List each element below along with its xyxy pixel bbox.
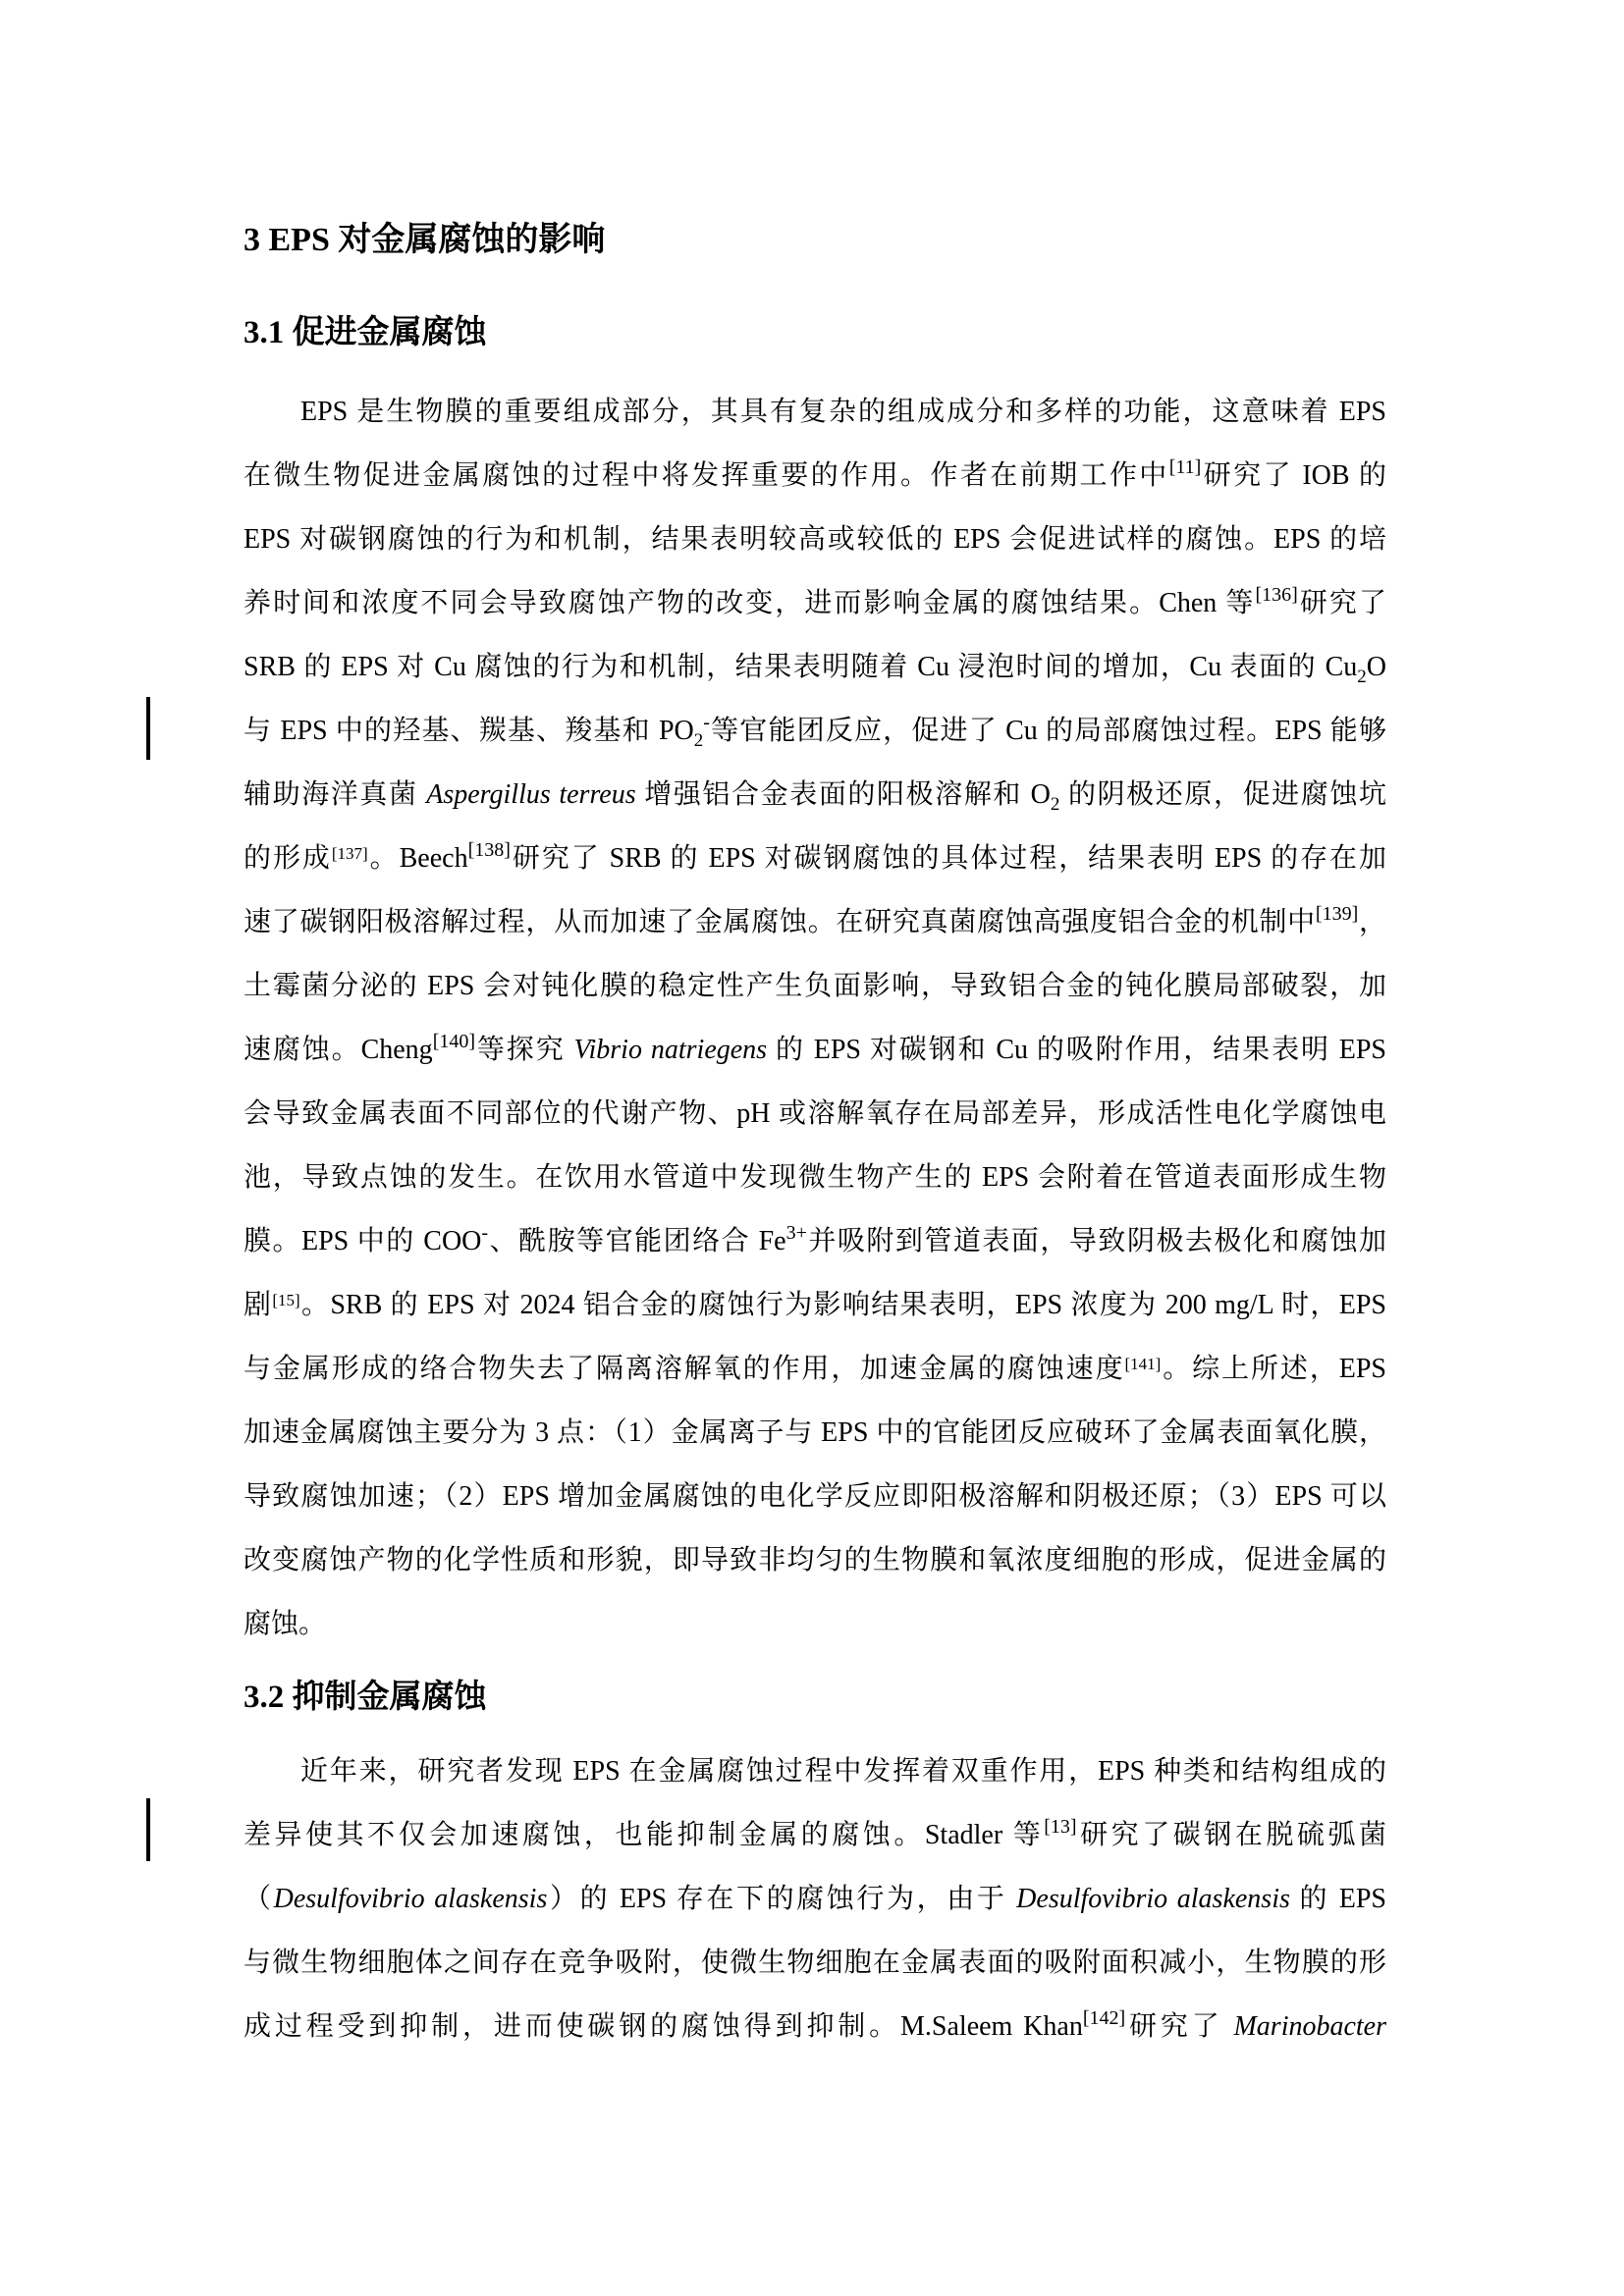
text-segment: 土霉菌分泌的 EPS 会对钝化膜的稳定性产生负面影响，导致铝合金的钝化膜局部破裂… <box>244 971 1386 1001</box>
citation-ref: [138] <box>468 839 511 861</box>
citation-ref: [140] <box>433 1031 475 1052</box>
citation-ref: [13] <box>1044 1816 1076 1838</box>
text-segment: 速腐蚀。Cheng <box>244 1035 433 1065</box>
text-line: EPS 对碳钢腐蚀的行为和机制，结果表明较高或较低的 EPS 会促进试样的腐蚀。… <box>244 507 1386 571</box>
page-content: 3 EPS 对金属腐蚀的影响 3.1 促进金属腐蚀EPS 是生物膜的重要组成部分… <box>244 0 1386 2296</box>
text-segment: 与微生物细胞体之间存在竞争吸附，使微生物细胞在金属表面的吸附面积减小，生物膜的形 <box>244 1948 1386 1978</box>
text-line: 改变腐蚀产物的化学性质和形貌，即导致非均匀的生物膜和氧浓度细胞的形成，促进金属的 <box>244 1528 1386 1592</box>
text-segment: 成过程受到抑制，进而使碳钢的腐蚀得到抑制。M.Saleem Khan <box>244 2011 1083 2042</box>
text-segment: 的 EPS <box>1290 1884 1386 1914</box>
revision-bar <box>146 697 150 760</box>
chemical-subscript: 2 <box>1051 794 1060 815</box>
citation-ref: [142] <box>1083 2007 1125 2029</box>
text-segment: 速了碳钢阳极溶解过程，从而加速了金属腐蚀。在研究真菌腐蚀高强度铝合金的机制中 <box>244 907 1316 937</box>
text-segment: 差异使其不仅会加速腐蚀，也能抑制金属的腐蚀。Stadler 等 <box>244 1820 1044 1850</box>
text-line: 池，导致点蚀的发生。在饮用水管道中发现微生物产生的 EPS 会附着在管道表面形成… <box>244 1146 1386 1209</box>
paragraph: EPS 是生物膜的重要组成部分，其具有复杂的组成成分和多样的功能，这意味着 EP… <box>244 380 1386 1656</box>
citation-ref: [137] <box>332 844 368 863</box>
citation-ref: [15] <box>272 1291 299 1309</box>
species-name: Vibrio natriegens <box>573 1035 767 1065</box>
text-segment: 等探究 <box>475 1035 573 1065</box>
text-segment: 。Beech <box>368 843 468 874</box>
text-segment: 加速金属腐蚀主要分为 3 点：（1）金属离子与 EPS 中的官能团反应破环了金属… <box>244 1417 1386 1448</box>
text-segment: 近年来，研究者发现 EPS 在金属腐蚀过程中发挥着双重作用，EPS 种类和结构组… <box>300 1756 1386 1787</box>
citation-ref: [136] <box>1255 584 1297 606</box>
species-name: Marinobacter <box>1233 2011 1386 2042</box>
citation-ref: [139] <box>1316 903 1358 925</box>
section-heading: 3.1 促进金属腐蚀 <box>244 314 1386 353</box>
species-name: Aspergillus terreus <box>426 779 635 810</box>
text-segment: 等官能团反应，促进了 Cu 的局部腐蚀过程。EPS 能够 <box>710 716 1386 746</box>
text-segment: 改变腐蚀产物的化学性质和形貌，即导致非均匀的生物膜和氧浓度细胞的形成，促进金属的 <box>244 1545 1386 1575</box>
text-line: 导致腐蚀加速；（2）EPS 增加金属腐蚀的电化学反应即阳极溶解和阴极还原；（3）… <box>244 1465 1386 1528</box>
text-segment: ， <box>1358 907 1386 937</box>
citation-ref: 3+ <box>786 1222 807 1244</box>
citation-ref: - <box>481 1222 488 1244</box>
text-line: 土霉菌分泌的 EPS 会对钝化膜的稳定性产生负面影响，导致铝合金的钝化膜局部破裂… <box>244 954 1386 1018</box>
text-segment: 与 EPS 中的羟基、羰基、羧基和 PO <box>244 716 694 746</box>
text-line: 会导致金属表面不同部位的代谢产物、pH 或溶解氧存在局部差异，形成活性电化学腐蚀… <box>244 1082 1386 1146</box>
chemical-subscript: 2 <box>694 730 704 751</box>
text-segment: 研究了碳钢在脱硫弧菌 <box>1077 1820 1386 1850</box>
text-line: 速腐蚀。Cheng[140]等探究 Vibrio natriegens 的 EP… <box>244 1018 1386 1082</box>
text-line: 膜。EPS 中的 COO-、酰胺等官能团络合 Fe3+并吸附到管道表面，导致阴极… <box>244 1209 1386 1273</box>
text-line: 辅助海洋真菌 Aspergillus terreus 增强铝合金表面的阳极溶解和… <box>244 763 1386 827</box>
chapter-heading: 3 EPS 对金属腐蚀的影响 <box>244 221 1386 261</box>
citation-ref: - <box>703 712 710 733</box>
document-page: 3 EPS 对金属腐蚀的影响 3.1 促进金属腐蚀EPS 是生物膜的重要组成部分… <box>0 0 1624 2296</box>
text-line: 近年来，研究者发现 EPS 在金属腐蚀过程中发挥着双重作用，EPS 种类和结构组… <box>244 1739 1386 1803</box>
text-segment: 会导致金属表面不同部位的代谢产物、pH 或溶解氧存在局部差异，形成活性电化学腐蚀… <box>244 1098 1386 1129</box>
text-line: 在微生物促进金属腐蚀的过程中将发挥重要的作用。作者在前期工作中[11]研究了 I… <box>244 444 1386 507</box>
text-segment: EPS 是生物膜的重要组成部分，其具有复杂的组成成分和多样的功能，这意味着 EP… <box>300 397 1386 427</box>
text-line: 与微生物细胞体之间存在竞争吸附，使微生物细胞在金属表面的吸附面积减小，生物膜的形 <box>244 1931 1386 1995</box>
text-segment: 养时间和浓度不同会导致腐蚀产物的改变，进而影响金属的腐蚀结果。Chen 等 <box>244 588 1255 618</box>
text-line: 与 EPS 中的羟基、羰基、羧基和 PO2-等官能团反应，促进了 Cu 的局部腐… <box>244 699 1386 763</box>
text-segment: 增强铝合金表面的阳极溶解和 O <box>636 779 1051 810</box>
text-segment: 腐蚀。 <box>244 1609 326 1639</box>
text-line: 剧[15]。SRB 的 EPS 对 2024 铝合金的腐蚀行为影响结果表明，EP… <box>244 1273 1386 1337</box>
citation-ref: [11] <box>1169 456 1202 478</box>
text-segment: 研究了 <box>1125 2011 1233 2042</box>
text-line: 与金属形成的络合物失去了隔离溶解氧的作用，加速金属的腐蚀速度[141]。综上所述… <box>244 1337 1386 1401</box>
text-line: 差异使其不仅会加速腐蚀，也能抑制金属的腐蚀。Stadler 等[13]研究了碳钢… <box>244 1803 1386 1867</box>
text-segment: EPS 对碳钢腐蚀的行为和机制，结果表明较高或较低的 EPS 会促进试样的腐蚀。… <box>244 524 1386 555</box>
text-line: 的形成[137]。Beech[138]研究了 SRB 的 EPS 对碳钢腐蚀的具… <box>244 827 1386 890</box>
text-segment: 研究了 <box>1298 588 1386 618</box>
text-segment: 。SRB 的 EPS 对 2024 铝合金的腐蚀行为影响结果表明，EPS 浓度为… <box>300 1290 1386 1320</box>
text-segment: 研究了 SRB 的 EPS 对碳钢腐蚀的具体过程，结果表明 EPS 的存在加 <box>511 843 1386 874</box>
species-name: Desulfovibrio alaskensis <box>274 1884 548 1914</box>
text-segment: 在微生物促进金属腐蚀的过程中将发挥重要的作用。作者在前期工作中 <box>244 460 1169 491</box>
text-segment: 、酰胺等官能团络合 Fe <box>488 1226 786 1256</box>
text-segment: 剧 <box>244 1290 272 1320</box>
revision-bar <box>146 1798 150 1861</box>
text-line: 加速金属腐蚀主要分为 3 点：（1）金属离子与 EPS 中的官能团反应破环了金属… <box>244 1401 1386 1465</box>
text-line: SRB 的 EPS 对 Cu 腐蚀的行为和机制，结果表明随着 Cu 浸泡时间的增… <box>244 635 1386 699</box>
section-heading: 3.2 抑制金属腐蚀 <box>244 1679 1386 1718</box>
text-segment: 研究了 IOB 的 <box>1201 460 1386 491</box>
text-line: （Desulfovibrio alaskensis）的 EPS 存在下的腐蚀行为… <box>244 1867 1386 1931</box>
text-line: 成过程受到抑制，进而使碳钢的腐蚀得到抑制。M.Saleem Khan[142]研… <box>244 1995 1386 2058</box>
text-segment: 池，导致点蚀的发生。在饮用水管道中发现微生物产生的 EPS 会附着在管道表面形成… <box>244 1162 1386 1193</box>
text-segment: 并吸附到管道表面，导致阴极去极化和腐蚀加 <box>807 1226 1386 1256</box>
text-segment: 与金属形成的络合物失去了隔离溶解氧的作用，加速金属的腐蚀速度 <box>244 1354 1125 1384</box>
text-segment: 的形成 <box>244 843 332 874</box>
citation-ref: [141] <box>1125 1355 1162 1373</box>
text-segment: 辅助海洋真菌 <box>244 779 426 810</box>
text-line: 速了碳钢阳极溶解过程，从而加速了金属腐蚀。在研究真菌腐蚀高强度铝合金的机制中[1… <box>244 890 1386 954</box>
text-line: EPS 是生物膜的重要组成部分，其具有复杂的组成成分和多样的功能，这意味着 EP… <box>244 380 1386 444</box>
text-segment: O <box>1367 652 1386 682</box>
text-segment: 的阴极还原，促进腐蚀坑 <box>1059 779 1386 810</box>
text-line: 腐蚀。 <box>244 1592 1386 1656</box>
text-segment: ）的 EPS 存在下的腐蚀行为，由于 <box>547 1884 1016 1914</box>
chemical-subscript: 2 <box>1357 667 1367 687</box>
text-segment: （ <box>244 1884 274 1914</box>
text-segment: 膜。EPS 中的 COO <box>244 1226 481 1256</box>
text-segment: 导致腐蚀加速；（2）EPS 增加金属腐蚀的电化学反应即阳极溶解和阴极还原；（3）… <box>244 1481 1386 1512</box>
paragraph: 近年来，研究者发现 EPS 在金属腐蚀过程中发挥着双重作用，EPS 种类和结构组… <box>244 1739 1386 2058</box>
text-segment: 。综上所述，EPS <box>1161 1354 1386 1384</box>
text-line: 养时间和浓度不同会导致腐蚀产物的改变，进而影响金属的腐蚀结果。Chen 等[13… <box>244 571 1386 635</box>
text-segment: 的 EPS 对碳钢和 Cu 的吸附作用，结果表明 EPS <box>767 1035 1386 1065</box>
species-name: Desulfovibrio alaskensis <box>1016 1884 1290 1914</box>
text-segment: SRB 的 EPS 对 Cu 腐蚀的行为和机制，结果表明随着 Cu 浸泡时间的增… <box>244 652 1357 682</box>
